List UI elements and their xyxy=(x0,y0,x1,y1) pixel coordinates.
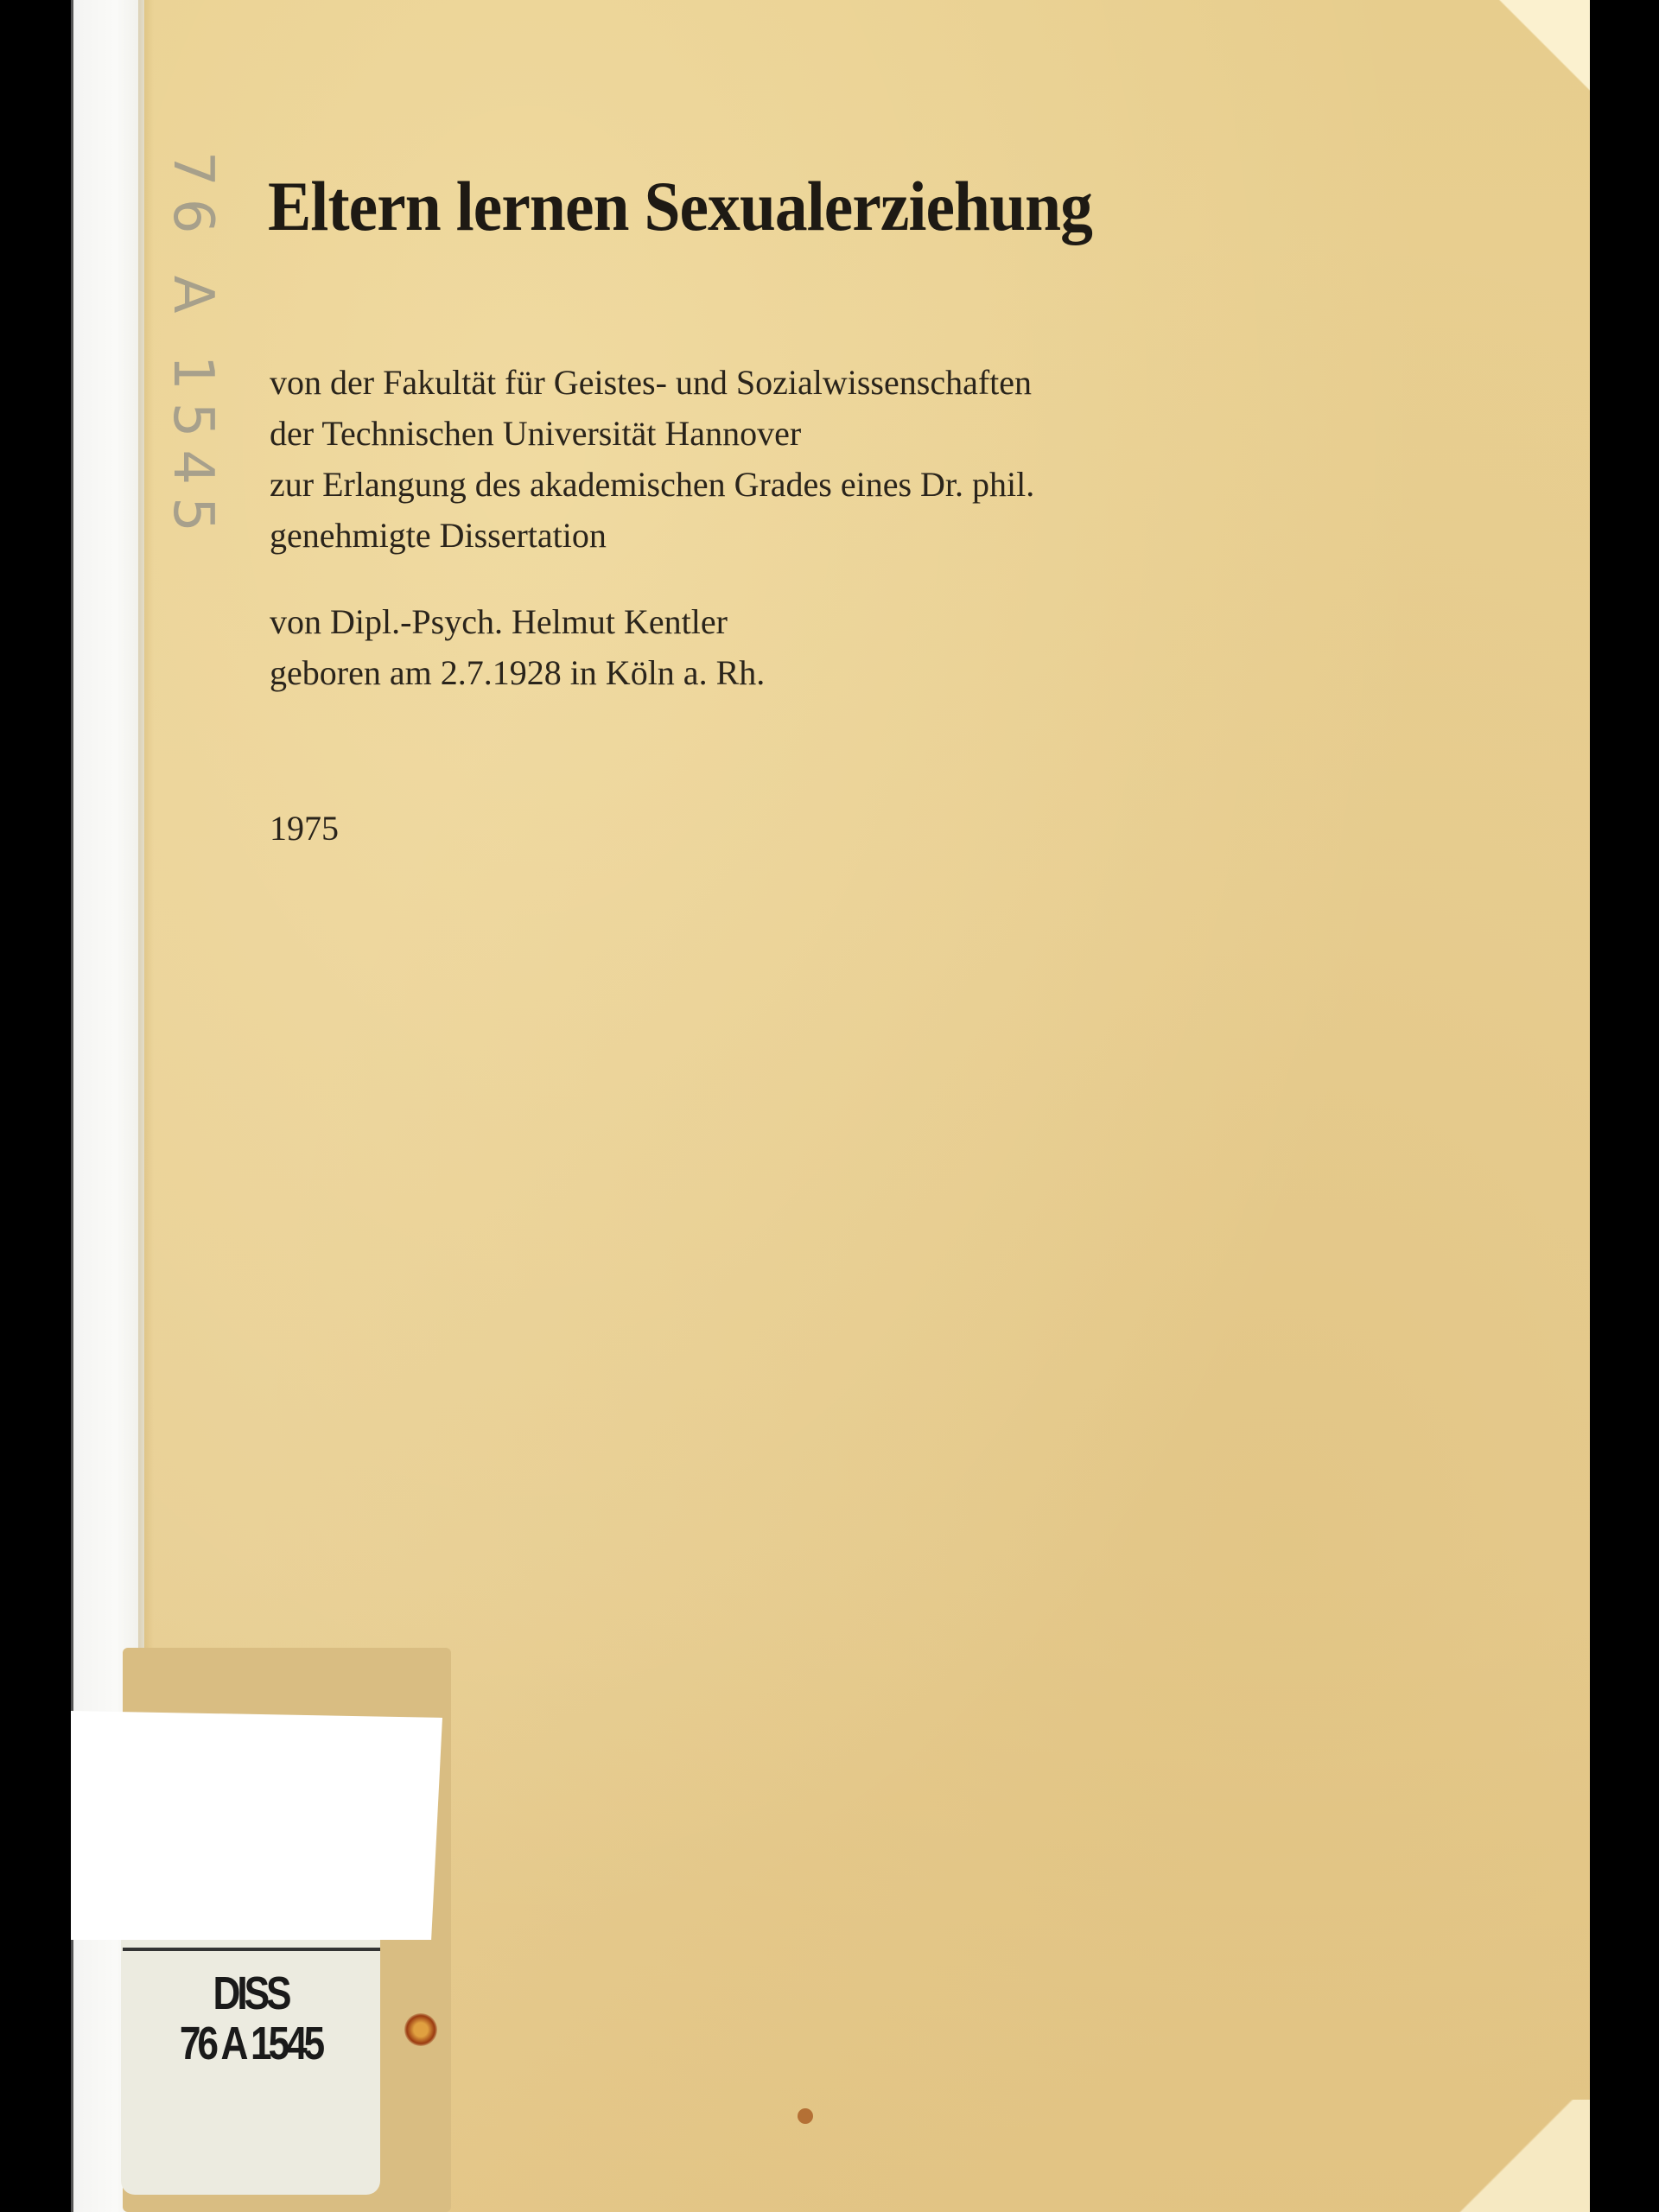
worn-corner-top-right xyxy=(1495,0,1590,104)
author-name: von Dipl.-Psych. Helmut Kentler xyxy=(270,596,765,647)
call-number: DISS 76 A 1545 xyxy=(144,1968,357,2069)
blank-sticker xyxy=(71,1711,442,1940)
author-birth: geboren am 2.7.1928 in Köln a. Rh. xyxy=(270,647,765,698)
faculty-line: genehmigte Dissertation xyxy=(270,510,1034,561)
pencil-shelfmark: 76 A 1545 xyxy=(130,151,233,912)
faculty-line: der Technischen Universität Hannover xyxy=(270,408,1034,459)
faculty-statement: von der Fakultät für Geistes- und Sozial… xyxy=(270,357,1034,561)
faculty-line: zur Erlangung des akademischen Grades ei… xyxy=(270,459,1034,510)
label-divider xyxy=(123,1948,380,1951)
stain-mark xyxy=(404,2013,437,2046)
document-title: Eltern lernen Sexualerziehung xyxy=(268,166,1092,247)
faculty-line: von der Fakultät für Geistes- und Sozial… xyxy=(270,357,1034,408)
publication-year: 1975 xyxy=(270,808,339,849)
worn-corner-bottom-right xyxy=(1417,2100,1590,2212)
stain-mark xyxy=(798,2108,813,2124)
author-block: von Dipl.-Psych. Helmut Kentler geboren … xyxy=(270,596,765,698)
